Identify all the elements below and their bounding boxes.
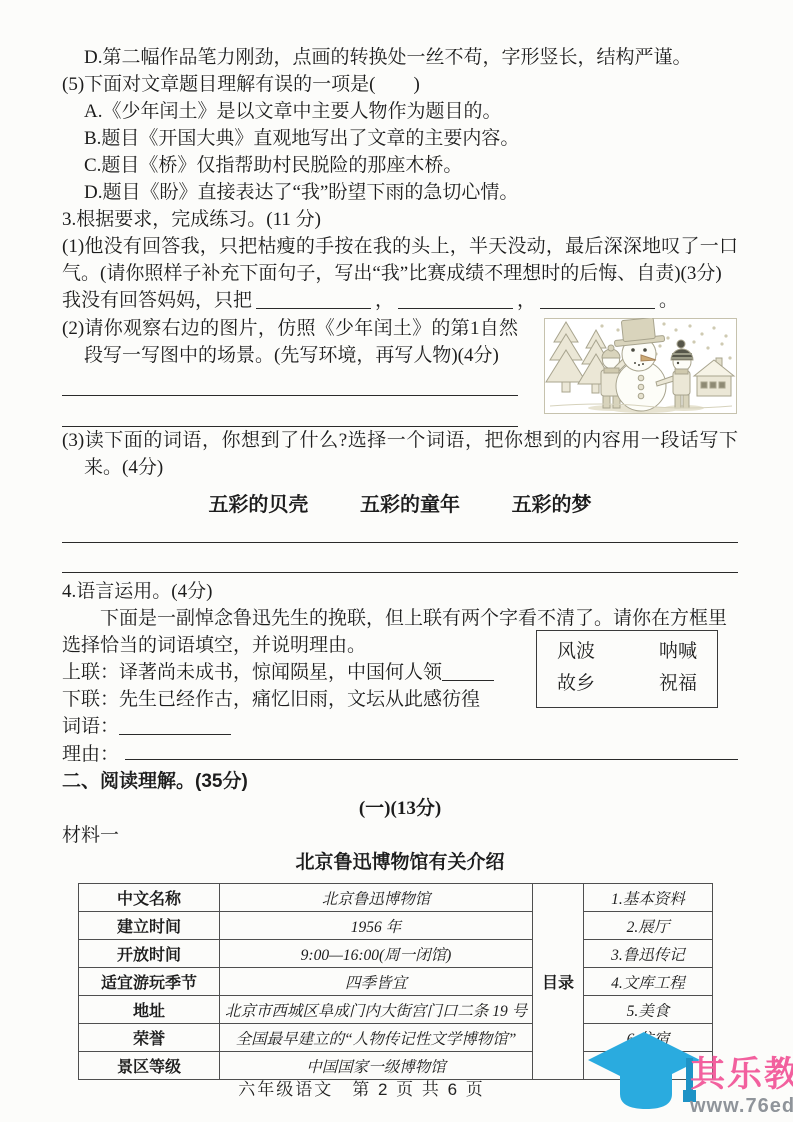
row-value: 9:00—16:00(周一闭馆): [220, 940, 533, 968]
word-choice: 五彩的贝壳: [208, 494, 308, 516]
q5-stem: (5)下面对文章题目理解有误的一项是( ): [62, 71, 738, 98]
q3-part2-text: (2)请你观察右边的图片，仿照《少年闰土》的第1自然段写一写图中的场景。(先写环…: [62, 315, 518, 369]
q4-title: 4.语言运用。(4分): [62, 578, 738, 605]
q3-part2-left: (2)请你观察右边的图片，仿照《少年闰土》的第1自然段写一写图中的场景。(先写环…: [62, 315, 518, 427]
box-word: 风波: [557, 642, 617, 664]
box-word: 呐喊: [659, 642, 697, 664]
directory-item: 4.文库工程: [584, 968, 713, 996]
answer-line: [62, 572, 738, 573]
row-value: 北京市西城区阜成门内大街宫门口二条 19 号: [220, 996, 533, 1024]
box-word: 祝福: [659, 674, 697, 696]
row-label: 地址: [79, 996, 220, 1024]
couplet-blank: [442, 661, 494, 681]
q4-intro-line1: 下面是一副悼念鲁迅先生的挽联，但上联有两个字看不清了。请你在方框里: [62, 605, 738, 632]
watermark-brand: 其乐教育: [690, 1057, 793, 1094]
word-label: 词语：: [62, 716, 119, 737]
answer-line: [62, 542, 738, 543]
row-value: 四季皆宜: [220, 968, 533, 996]
row-label: 中文名称: [79, 884, 220, 912]
table-row: 中文名称 北京鲁迅博物馆 目录 1.基本资料: [79, 884, 713, 912]
word-choice-box: 风波 呐喊 故乡 祝福: [536, 630, 718, 708]
section2-subtitle: (一)(13分): [62, 795, 738, 822]
answer-blank-2: [398, 289, 513, 309]
q3-title: 3.根据要求，完成练习。(11 分): [62, 206, 738, 233]
q3-part3-text: (3)读下面的词语，你想到了什么?选择一个词语，把你想到的内容用一段话写下来。(…: [62, 427, 738, 481]
row-value: 全国最早建立的“人物传记性文学博物馆”: [220, 1024, 533, 1052]
upper-couplet-text: 上联：译著尚未成书，惊闻陨星，中国何人领: [62, 662, 442, 683]
q5-option-c: C.题目《桥》仅指帮助村民脱险的那座木桥。: [62, 152, 738, 179]
reason-answer-row: 理由：: [62, 740, 738, 768]
graduation-cap-icon: [586, 1030, 706, 1118]
snow-scene-image: [544, 318, 737, 414]
row-value: 1956 年: [220, 912, 533, 940]
answer-line: [62, 395, 518, 396]
row-label: 开放时间: [79, 940, 220, 968]
answer-blank-1: [256, 289, 371, 309]
word-answer-blank: [119, 715, 231, 735]
question-4: 4.语言运用。(4分) 下面是一副悼念鲁迅先生的挽联，但上联有两个字看不清了。请…: [62, 578, 738, 768]
directory-item: 5.美食: [584, 996, 713, 1024]
separator-comma: ，: [517, 290, 536, 311]
exam-page: D.第二幅作品笔力刚劲，点画的转换处一丝不苟，字形竖长，结构严谨。 (5)下面对…: [0, 0, 793, 1122]
q5-option-a: A.《少年闰土》是以文章中主要人物作为题目的。: [62, 98, 738, 125]
table-row: 开放时间 9:00—16:00(周一闭馆) 3.鲁迅传记: [79, 940, 713, 968]
word-answer-row: 词语：: [62, 713, 738, 740]
row-label: 建立时间: [79, 912, 220, 940]
directory-item: 2.展厅: [584, 912, 713, 940]
reason-label: 理由：: [62, 741, 119, 768]
section2-title: 二、阅读理解。(35分): [62, 768, 738, 795]
box-word: 故乡: [557, 674, 617, 696]
directory-item: 3.鲁迅传记: [584, 940, 713, 968]
fill-prefix: 我没有回答妈妈，只把: [62, 290, 252, 311]
table-row: 适宜游玩季节 四季皆宜 4.文库工程: [79, 968, 713, 996]
table-row: 地址 北京市西城区阜成门内大街宫门口二条 19 号 5.美食: [79, 996, 713, 1024]
table-row: 建立时间 1956 年 2.展厅: [79, 912, 713, 940]
q5-option-d: D.题目《盼》直接表达了“我”盼望下雨的急切心情。: [62, 179, 738, 206]
row-label: 荣誉: [79, 1024, 220, 1052]
directory-item: 1.基本资料: [584, 884, 713, 912]
row-value: 北京鲁迅博物馆: [220, 884, 533, 912]
table-title: 北京鲁迅博物馆有关介绍: [62, 849, 738, 876]
q3-part1-text: (1)他没有回答我，只把枯瘦的手按在我的头上，半天没动，最后深深地叹了一口气。(…: [62, 233, 738, 287]
watermark-url: www.76edu.com: [690, 1095, 793, 1118]
answer-blank-3: [540, 289, 655, 309]
directory-label: 目录: [533, 884, 584, 1080]
material-label: 材料一: [62, 822, 738, 849]
q2-option-d: D.第二幅作品笔力刚劲，点画的转换处一丝不苟，字形竖长，结构严谨。: [62, 44, 738, 71]
separator-period: 。: [659, 290, 678, 311]
reason-answer-blank: [125, 740, 738, 760]
word-choice: 五彩的梦: [512, 494, 592, 516]
exam-content: D.第二幅作品笔力刚劲，点画的转换处一丝不苟，字形竖长，结构严谨。 (5)下面对…: [62, 44, 738, 1080]
watermark-text: 其乐教育 www.76edu.com: [690, 1057, 793, 1118]
word-choices: 五彩的贝壳 五彩的童年 五彩的梦: [62, 488, 738, 517]
q3-fill-sentence: 我没有回答妈妈，只把，，。: [62, 287, 738, 314]
q5-option-b: B.题目《开国大典》直观地写出了文章的主要内容。: [62, 125, 738, 152]
separator-comma: ，: [375, 290, 394, 311]
scene-picture-frame: [544, 318, 737, 427]
row-label: 适宜游玩季节: [79, 968, 220, 996]
watermark: 其乐教育 www.76edu.com: [586, 1030, 793, 1118]
q3-part2-block: (2)请你观察右边的图片，仿照《少年闰土》的第1自然段写一写图中的场景。(先写环…: [62, 315, 738, 427]
word-choice: 五彩的童年: [360, 494, 460, 516]
